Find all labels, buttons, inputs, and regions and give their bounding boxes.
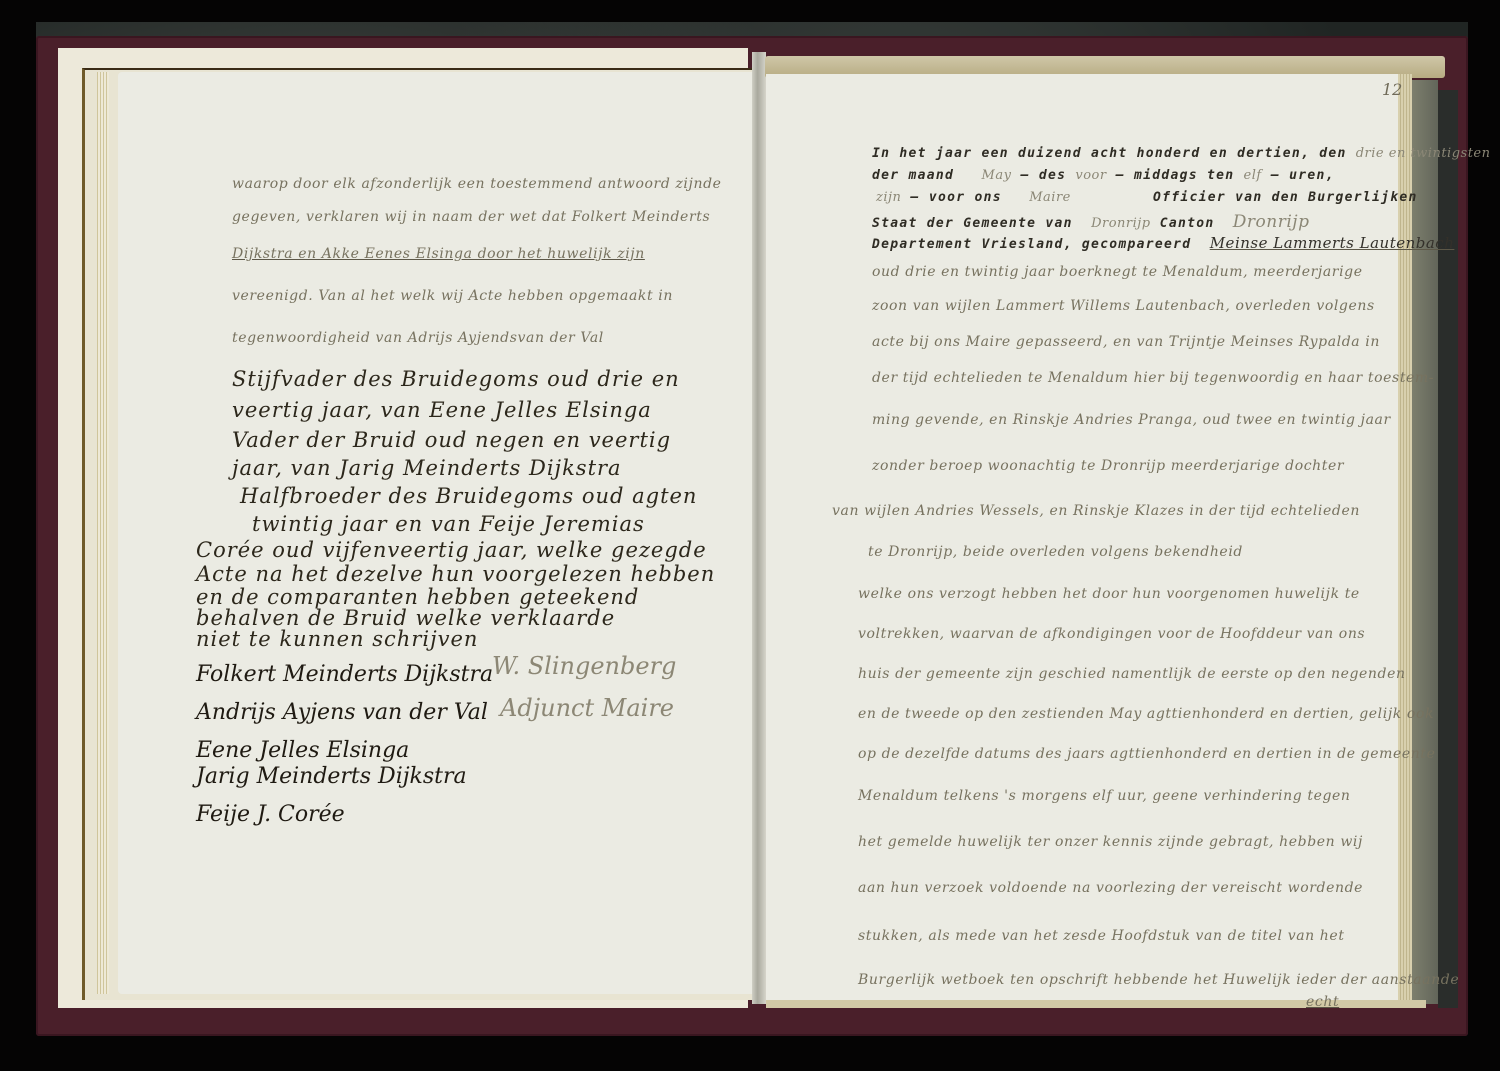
form-line: Departement Vriesland, gecompareerd Mein…: [872, 234, 1454, 252]
text-line: welke ons verzogt hebben het door hun vo…: [858, 586, 1360, 602]
filled-month: May: [982, 168, 1012, 183]
text-line: het gemelde huwelijk ter onzer kennis zi…: [858, 834, 1363, 850]
printed-text: Officier van den Burgerlijken: [1153, 190, 1418, 205]
filled-groom-name: Meinse Lammerts Lautenbach: [1210, 234, 1455, 252]
text-line: zoon van wijlen Lammert Willems Lautenba…: [872, 298, 1375, 314]
form-line: der maand May — des voor — middags ten e…: [872, 168, 1335, 183]
text-line: niet te kunnen schrijven: [196, 627, 478, 651]
printed-text: middags ten: [1134, 168, 1234, 183]
text-line: voltrekken, waarvan de afkondigingen voo…: [858, 626, 1365, 642]
text-line: Corée oud vijfenveertig jaar, welke geze…: [196, 538, 707, 562]
filled-ampm: voor: [1075, 168, 1106, 183]
text-line: waarop door elk afzonderlijk een toestem…: [232, 176, 722, 192]
signature-groom: Folkert Meinderts Dijkstra: [196, 662, 493, 687]
text-line: oud drie en twintig jaar boerknegt te Me…: [872, 264, 1363, 280]
text-line: acte bij ons Maire gepasseerd, en van Tr…: [872, 334, 1380, 350]
filled-canton: Dronrijp: [1233, 212, 1310, 232]
text-line: huis der gemeente zijn geschied namentli…: [858, 666, 1406, 682]
text-line: veertig jaar, van Eene Jelles Elsinga: [232, 398, 652, 422]
signature-witness: Andrijs Ayjens van der Val: [196, 700, 488, 725]
printed-text: des: [1039, 168, 1066, 183]
text-line: Vader der Bruid oud negen en veertig: [232, 428, 671, 452]
page-edge-stack: [1398, 74, 1412, 1006]
filled-official: Maire: [1029, 190, 1071, 205]
printed-text: Departement Vriesland, gecompareerd: [872, 237, 1191, 252]
printed-text: Staat der Gemeente van: [872, 216, 1073, 231]
text-line: der tijd echtelieden te Menaldum hier bi…: [872, 370, 1434, 386]
text-line: twintig jaar en van Feije Jeremias: [252, 512, 645, 536]
text-line: vereenigd. Van al het welk wij Acte hebb…: [232, 288, 673, 304]
text-line: Acte na het dezelve hun voorgelezen hebb…: [196, 562, 715, 586]
filled-hour: elf: [1244, 168, 1262, 183]
text-line: Menaldum telkens 's morgens elf uur, gee…: [858, 788, 1351, 804]
form-line: zijn — voor ons Maire Officier van den B…: [876, 190, 1418, 205]
text-line: tegenwoordigheid van Adrijs Ayjendsvan d…: [232, 330, 604, 346]
text-line: Dijkstra en Akke Eenes Elsinga door het …: [232, 246, 645, 262]
book-gutter: [752, 52, 766, 1004]
signature-official: W. Slingenberg: [492, 652, 676, 680]
printed-text: uren,: [1289, 168, 1335, 183]
text-line: stukken, als mede van het zesde Hoofdstu…: [858, 928, 1345, 944]
text-line: van wijlen Andries Wessels, en Rinskje K…: [832, 503, 1360, 519]
text-line: zonder beroep woonachtig te Dronrijp mee…: [872, 458, 1344, 474]
printed-text: voor ons: [929, 190, 1002, 205]
text-line: Burgerlijk wetboek ten opschrift hebbend…: [858, 972, 1459, 988]
printed-text: In het jaar een duizend acht honderd en …: [872, 146, 1347, 161]
signature-witness: Feije J. Corée: [196, 802, 345, 827]
marbled-edge: [1412, 80, 1438, 1004]
form-line: In het jaar een duizend acht honderd en …: [872, 146, 1491, 161]
filled-text: zijn: [876, 190, 901, 205]
page-number: 12: [1382, 80, 1402, 99]
text-line: en de tweede op den zestienden May agtti…: [858, 706, 1434, 722]
text-line: aan hun verzoek voldoende na voorlezing …: [858, 880, 1363, 896]
text-line: op de dezelfde datums des jaars agttienh…: [858, 746, 1435, 762]
text-line: gegeven, verklaren wij in naam der wet d…: [232, 209, 710, 225]
signature-witness: Jarig Meinderts Dijkstra: [196, 764, 467, 789]
printed-text: der maand: [872, 168, 954, 183]
cover-edge: [1438, 90, 1458, 1008]
signature-title: Adjunct Maire: [500, 694, 674, 722]
filled-date: drie en twintigsten: [1356, 146, 1491, 161]
text-line: Halfbroeder des Bruidegoms oud agten: [240, 484, 697, 508]
text-line: Stijfvader des Bruidegoms oud drie en: [232, 367, 680, 391]
form-line: Staat der Gemeente van Dronrijp Canton D…: [872, 212, 1309, 232]
text-line: te Dronrijp, beide overleden volgens bek…: [868, 544, 1243, 560]
text-line: echt: [1306, 994, 1339, 1010]
printed-text: Canton: [1160, 216, 1215, 231]
text-line: jaar, van Jarig Meinderts Dijkstra: [232, 456, 622, 480]
text-line: ming gevende, en Rinskje Andries Pranga,…: [872, 412, 1391, 428]
filled-municipality: Dronrijp: [1091, 216, 1151, 231]
signature-father-bride: Eene Jelles Elsinga: [196, 738, 409, 763]
